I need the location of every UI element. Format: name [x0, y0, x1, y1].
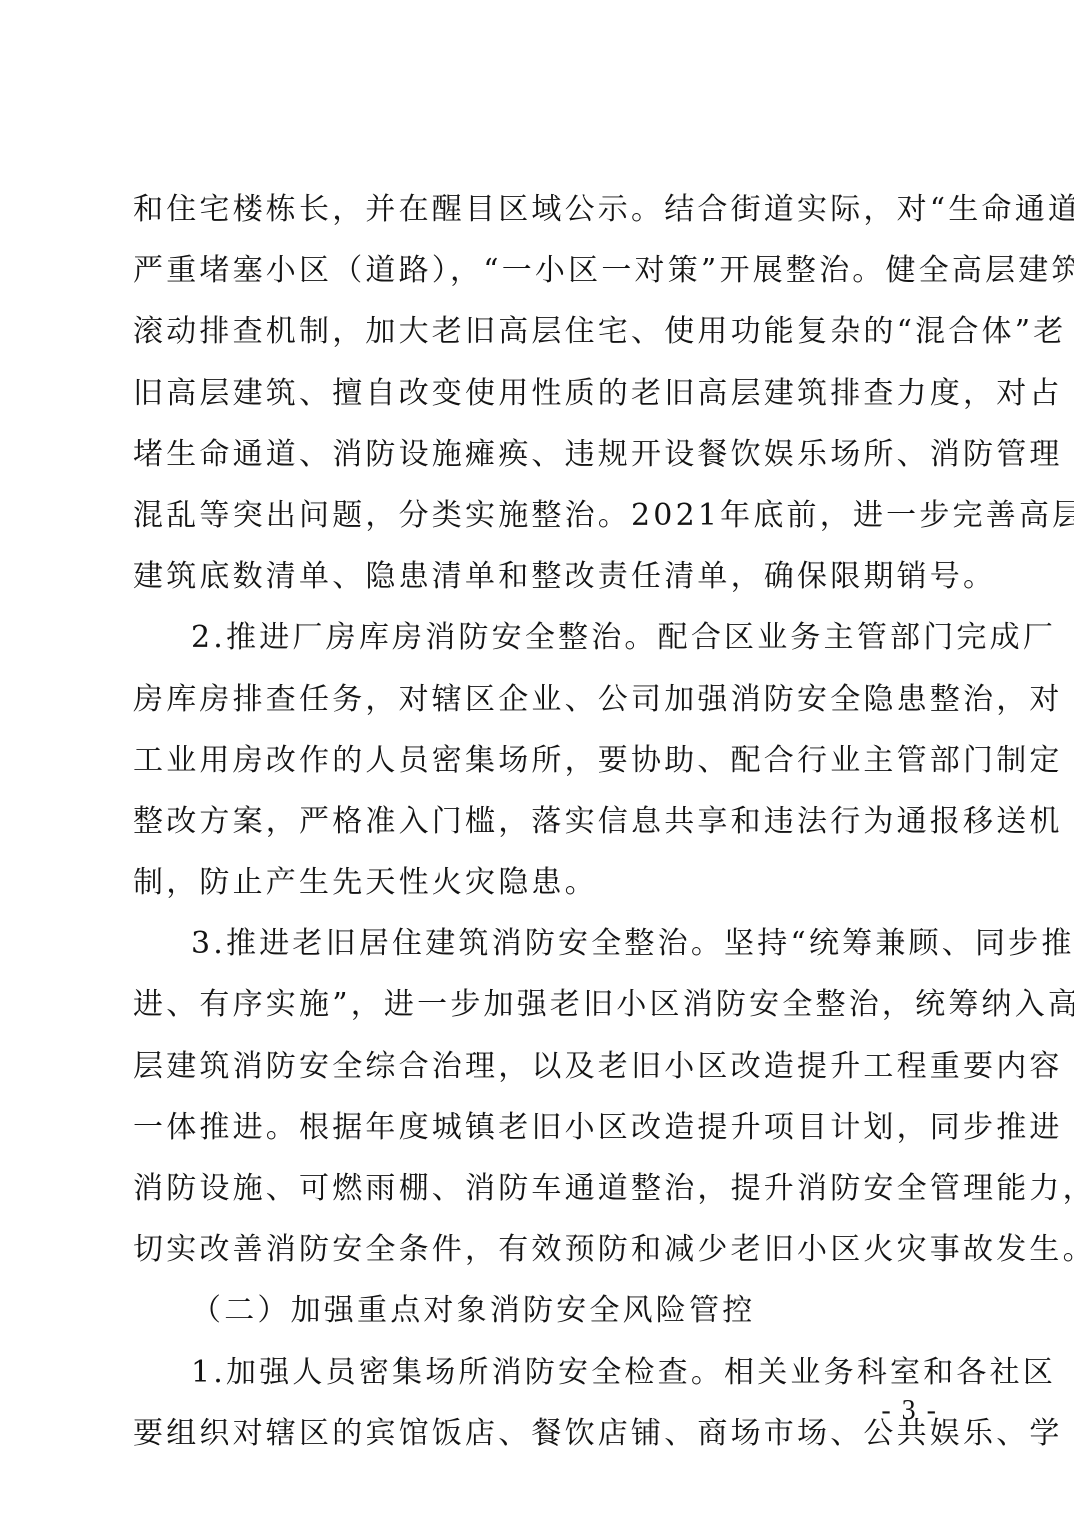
text-line: 和住宅楼栋长，并在醒目区域公示。结合街道实际，对“生命通道” — [133, 179, 943, 240]
text-line: 2.推进厂房库房消防安全整治。配合区业务主管部门完成厂 — [133, 607, 943, 668]
text-line: 整改方案，严格准入门槛，落实信息共享和违法行为通报移送机 — [133, 791, 943, 852]
document-body: 和住宅楼栋长，并在醒目区域公示。结合街道实际，对“生命通道” 严重堵塞小区（道路… — [133, 179, 943, 1464]
page-number: - 3 - — [881, 1395, 938, 1427]
text-line: 制，防止产生先天性火灾隐患。 — [133, 852, 943, 913]
text-line: 一体推进。根据年度城镇老旧小区改造提升项目计划，同步推进 — [133, 1097, 943, 1158]
text-line: 工业用房改作的人员密集场所，要协助、配合行业主管部门制定 — [133, 730, 943, 791]
text-line: 旧高层建筑、擅自改变使用性质的老旧高层建筑排查力度，对占 — [133, 363, 943, 424]
text-line: 消防设施、可燃雨棚、消防车通道整治，提升消防安全管理能力， — [133, 1158, 943, 1219]
paragraph-item-3: 3.推进老旧居住建筑消防安全整治。坚持“统筹兼顾、同步推 进、有序实施”，进一步… — [133, 913, 943, 1280]
section-heading-text: （二）加强重点对象消防安全风险管控 — [133, 1280, 943, 1341]
text-line: 3.推进老旧居住建筑消防安全整治。坚持“统筹兼顾、同步推 — [133, 913, 943, 974]
text-line: 进、有序实施”，进一步加强老旧小区消防安全整治，统筹纳入高 — [133, 974, 943, 1035]
text-line: 严重堵塞小区（道路），“一小区一对策”开展整治。健全高层建筑 — [133, 240, 943, 301]
text-line: 切实改善消防安全条件，有效预防和减少老旧小区火灾事故发生。 — [133, 1219, 943, 1280]
paragraph-continuation: 和住宅楼栋长，并在醒目区域公示。结合街道实际，对“生命通道” 严重堵塞小区（道路… — [133, 179, 943, 607]
text-line: 房库房排查任务，对辖区企业、公司加强消防安全隐患整治，对 — [133, 669, 943, 730]
text-line: 建筑底数清单、隐患清单和整改责任清单，确保限期销号。 — [133, 546, 943, 607]
text-line: 滚动排查机制，加大老旧高层住宅、使用功能复杂的“混合体”老 — [133, 301, 943, 362]
paragraph-item-2: 2.推进厂房库房消防安全整治。配合区业务主管部门完成厂 房库房排查任务，对辖区企… — [133, 607, 943, 913]
text-line: 1.加强人员密集场所消防安全检查。相关业务科室和各社区 — [133, 1342, 943, 1403]
document-page: 和住宅楼栋长，并在醒目区域公示。结合街道实际，对“生命通道” 严重堵塞小区（道路… — [0, 0, 1074, 1520]
text-line: 要组织对辖区的宾馆饭店、餐饮店铺、商场市场、公共娱乐、学 — [133, 1403, 943, 1464]
text-line: 堵生命通道、消防设施瘫痪、违规开设餐饮娱乐场所、消防管理 — [133, 424, 943, 485]
text-line: 层建筑消防安全综合治理，以及老旧小区改造提升工程重要内容 — [133, 1036, 943, 1097]
text-line: 混乱等突出问题，分类实施整治。2021年底前，进一步完善高层 — [133, 485, 943, 546]
paragraph-section-2-item-1: 1.加强人员密集场所消防安全检查。相关业务科室和各社区 要组织对辖区的宾馆饭店、… — [133, 1342, 943, 1464]
section-heading: （二）加强重点对象消防安全风险管控 — [133, 1280, 943, 1341]
